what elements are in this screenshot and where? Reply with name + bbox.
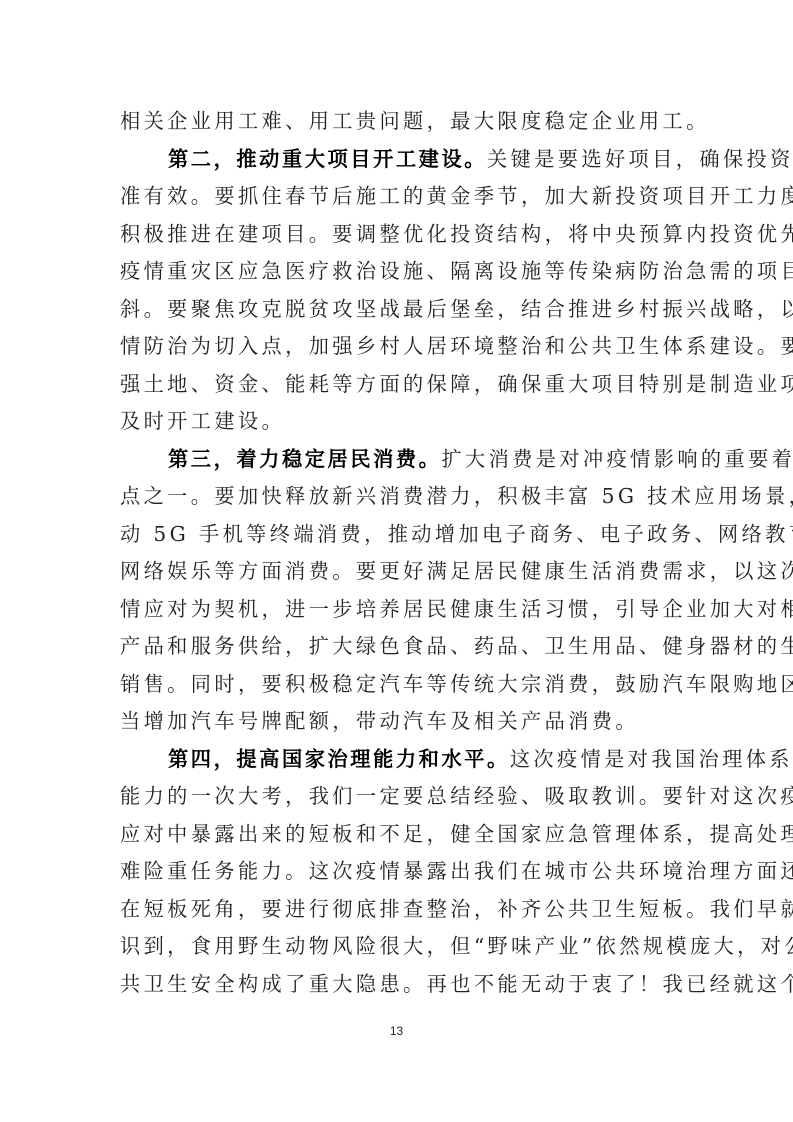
text-line: 在短板死角，要进行彻底排查整治，补齐公共卫生短板。我们早就认 <box>120 891 672 929</box>
document-page: 相关企业用工难、用工贵问题，最大限度稳定企业用工。 第二，推动重大项目开工建设。… <box>0 0 793 1122</box>
line-text: 关键是要选好项目，确保投资精 <box>487 147 793 171</box>
line-text: 强土地、资金、能耗等方面的保障，确保重大项目特别是制造业项目 <box>120 372 793 396</box>
text-line: 情应对为契机，进一步培养居民健康生活习惯，引导企业加大对相关 <box>120 591 672 629</box>
text-line: 能力的一次大考，我们一定要总结经验、吸取教训。要针对这次疫情 <box>120 778 672 816</box>
line-text: 积极推进在建项目。要调整优化投资结构，将中央预算内投资优先向 <box>120 222 793 246</box>
line-text: 情应对为契机，进一步培养居民健康生活习惯，引导企业加大对相关 <box>120 597 793 621</box>
line-text: 疫情重灾区应急医疗救治设施、隔离设施等传染病防治急需的项目倾 <box>120 259 793 283</box>
line-text: 情防治为切入点，加强乡村人居环境整治和公共卫生体系建设。要加 <box>120 334 793 358</box>
text-line: 应对中暴露出来的短板和不足，健全国家应急管理体系，提高处理急 <box>120 816 672 854</box>
page-number: 13 <box>0 1024 793 1038</box>
text-line: 情防治为切入点，加强乡村人居环境整治和公共卫生体系建设。要加 <box>120 328 672 366</box>
text-line: 动 5G 手机等终端消费，推动增加电子商务、电子政务、网络教育、 <box>120 516 672 554</box>
line-text: 销售。同时，要积极稳定汽车等传统大宗消费，鼓励汽车限购地区适 <box>120 672 793 696</box>
text-line: 产品和服务供给，扩大绿色食品、药品、卫生用品、健身器材的生产 <box>120 628 672 666</box>
text-line: 强土地、资金、能耗等方面的保障，确保重大项目特别是制造业项目 <box>120 366 672 404</box>
section-heading-4: 第四，提高国家治理能力和水平。 <box>168 747 510 771</box>
line-text: 在短板死角，要进行彻底排查整治，补齐公共卫生短板。我们早就认 <box>120 897 793 921</box>
section-heading-2: 第二，推动重大项目开工建设。 <box>168 147 487 171</box>
line-text: 产品和服务供给，扩大绿色食品、药品、卫生用品、健身器材的生产 <box>120 634 793 658</box>
text-line: 及时开工建设。 <box>120 403 672 441</box>
line-text: 能力的一次大考，我们一定要总结经验、吸取教训。要针对这次疫情 <box>120 784 793 808</box>
text-line: 当增加汽车号牌配额，带动汽车及相关产品消费。 <box>120 703 672 741</box>
line-text: 当增加汽车号牌配额，带动汽车及相关产品消费。 <box>120 709 639 733</box>
section-heading-line: 第二，推动重大项目开工建设。关键是要选好项目，确保投资精 <box>120 141 672 179</box>
line-text: 网络娱乐等方面消费。要更好满足居民健康生活消费需求，以这次疫 <box>120 559 793 583</box>
line-text: 点之一。要加快释放新兴消费潜力，积极丰富 5G 技术应用场景，带 <box>120 484 793 508</box>
line-text: 这次疫情是对我国治理体系和 <box>510 747 793 771</box>
body-text: 相关企业用工难、用工贵问题，最大限度稳定企业用工。 第二，推动重大项目开工建设。… <box>120 103 672 1003</box>
line-text: 识到，食用野生动物风险很大，但“野味产业”依然规模庞大，对公 <box>120 934 793 958</box>
text-line: 网络娱乐等方面消费。要更好满足居民健康生活消费需求，以这次疫 <box>120 553 672 591</box>
section-heading-3: 第三，着力稳定居民消费。 <box>168 447 441 471</box>
text-line: 准有效。要抓住春节后施工的黄金季节，加大新投资项目开工力度， <box>120 178 672 216</box>
text-line: 点之一。要加快释放新兴消费潜力，积极丰富 5G 技术应用场景，带 <box>120 478 672 516</box>
text-line: 相关企业用工难、用工贵问题，最大限度稳定企业用工。 <box>120 103 672 141</box>
text-line: 共卫生安全构成了重大隐患。再也不能无动于衷了！我已经就这个问 <box>120 966 672 1004</box>
line-text: 相关企业用工难、用工贵问题，最大限度稳定企业用工。 <box>120 109 710 133</box>
section-heading-line: 第四，提高国家治理能力和水平。这次疫情是对我国治理体系和 <box>120 741 672 779</box>
line-text: 准有效。要抓住春节后施工的黄金季节，加大新投资项目开工力度， <box>120 184 793 208</box>
line-text: 斜。要聚焦攻克脱贫攻坚战最后堡垒，结合推进乡村振兴战略，以疫 <box>120 297 793 321</box>
text-line: 识到，食用野生动物风险很大，但“野味产业”依然规模庞大，对公 <box>120 928 672 966</box>
line-text: 共卫生安全构成了重大隐患。再也不能无动于衷了！我已经就这个问 <box>120 972 793 996</box>
section-heading-line: 第三，着力稳定居民消费。扩大消费是对冲疫情影响的重要着力 <box>120 441 672 479</box>
line-text: 扩大消费是对冲疫情影响的重要着力 <box>441 447 793 471</box>
line-text: 动 5G 手机等终端消费，推动增加电子商务、电子政务、网络教育、 <box>120 522 793 546</box>
text-line: 斜。要聚焦攻克脱贫攻坚战最后堡垒，结合推进乡村振兴战略，以疫 <box>120 291 672 329</box>
text-line: 疫情重灾区应急医疗救治设施、隔离设施等传染病防治急需的项目倾 <box>120 253 672 291</box>
text-line: 销售。同时，要积极稳定汽车等传统大宗消费，鼓励汽车限购地区适 <box>120 666 672 704</box>
line-text: 及时开工建设。 <box>120 409 285 433</box>
line-text: 难险重任务能力。这次疫情暴露出我们在城市公共环境治理方面还存 <box>120 859 793 883</box>
text-line: 积极推进在建项目。要调整优化投资结构，将中央预算内投资优先向 <box>120 216 672 254</box>
text-line: 难险重任务能力。这次疫情暴露出我们在城市公共环境治理方面还存 <box>120 853 672 891</box>
line-text: 应对中暴露出来的短板和不足，健全国家应急管理体系，提高处理急 <box>120 822 793 846</box>
